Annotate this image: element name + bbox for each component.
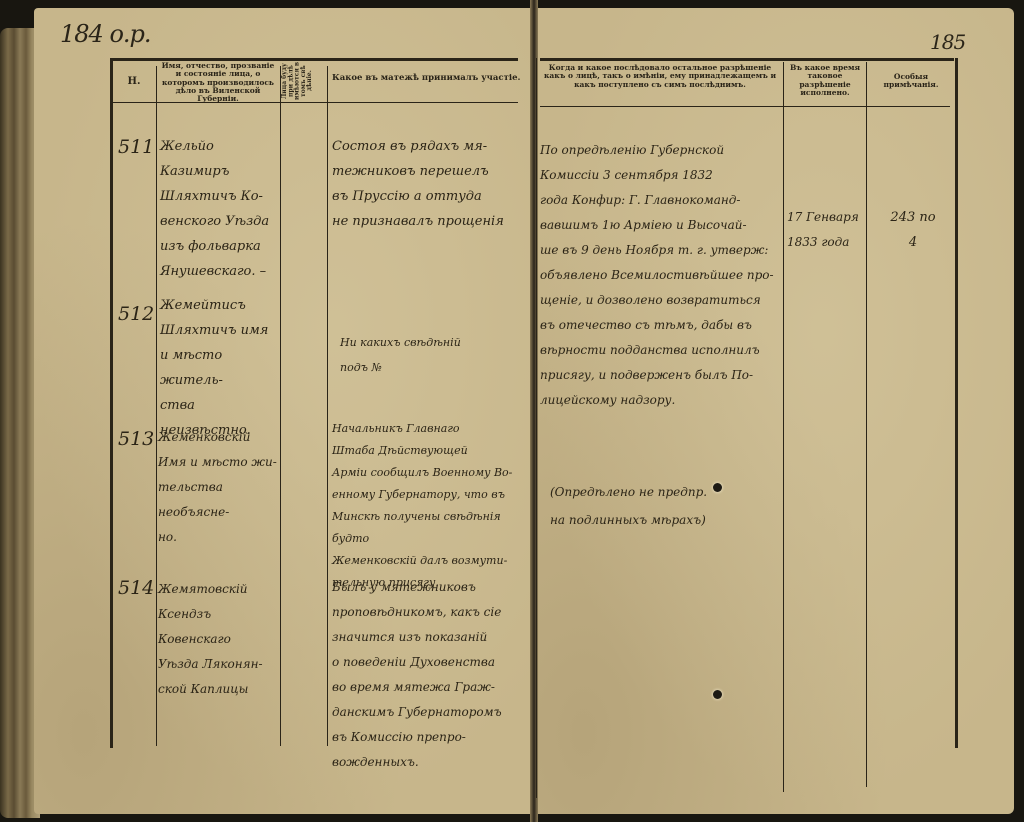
header-executed: Въ какое время таковое разрѣшеніе исполн… [785, 64, 865, 97]
left-table-border [110, 58, 113, 748]
entry-513-participation: Начальникъ Главнаго Штаба Дѣйствующей Ар… [332, 418, 528, 594]
entry-514-number: 514 [118, 577, 154, 599]
header-bottom-rule-right [540, 106, 950, 107]
header-top-rule-right [540, 58, 954, 61]
entry-511-number: 511 [118, 136, 154, 158]
col-rule-executed-notes [866, 62, 867, 787]
header-number: Н. [114, 76, 154, 87]
header-resolution: Когда и какое послѣдовало остальное разр… [538, 64, 782, 89]
col-rule-resolution-executed [783, 62, 784, 792]
open-ledger-book: 184 о.р. 185 Н. Имя, отчество, прозваніе… [0, 0, 1024, 822]
col-rule-status-participation [327, 66, 328, 746]
header-name: Имя, отчество, прозваніе и состояніе лиц… [158, 62, 278, 103]
entry-511-name: Жельйо Казимиръ Шляхтичъ Ко- венского Уѣ… [160, 134, 280, 284]
entry-513-number: 513 [118, 428, 154, 450]
entry-514-name: Жемятовскій Ксендзъ Ковенскаго Уѣзда Ляк… [158, 577, 280, 702]
header-case-status: Лица буду при дѣлѣ имѣются в томъ свѣ дѣ… [282, 60, 326, 102]
entry-512-number: 512 [118, 303, 154, 325]
entry-511-participation: Состоя въ рядахъ мя- тежниковъ перешелъ … [332, 134, 528, 234]
entry-512-name: Жемейтисъ Шляхтичъ имя и мѣсто житель- с… [160, 293, 280, 443]
entry-513-resolution: (Опредѣлено не предпр. на подлинныхъ мѣр… [550, 478, 780, 534]
entry-511-executed: 17 Генваря 1833 года [787, 205, 867, 255]
left-page-folio: 184 о.р. [60, 20, 151, 48]
right-page-folio: 185 [930, 30, 965, 54]
entry-512-participation: Ни какихъ свѣдѣній подъ № [340, 330, 530, 380]
col-rule-name-status [280, 66, 281, 746]
right-table-border [955, 58, 958, 748]
binding-hole-1 [713, 483, 722, 492]
entry-511-resolution: По опредѣленію Губернской Комиссіи 3 сен… [540, 138, 782, 413]
header-notes: Особыя примѣчанія. [868, 73, 954, 90]
header-participation: Какое въ матежѣ принималъ участіе. [332, 74, 522, 83]
binding-hole-2 [713, 690, 722, 699]
col-rule-number-name [156, 66, 157, 746]
entry-514-participation: Былъ у мятежниковъ проповѣдникомъ, какъ … [332, 575, 528, 775]
col-rule-resolution-left [536, 58, 537, 798]
entry-511-notes: 243 по 4 [878, 205, 948, 255]
entry-513-name: Жеменковскій Имя и мѣсто жи- тельства не… [158, 425, 280, 550]
